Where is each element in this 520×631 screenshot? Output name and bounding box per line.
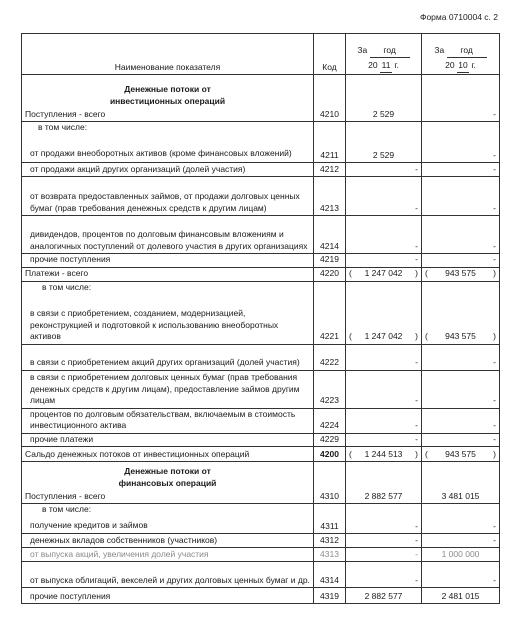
period-century: 20 [445, 60, 454, 70]
period-prefix: За [434, 45, 444, 55]
value-2010: - [422, 122, 500, 163]
row-name: в том числе: от продажи внеоборотных акт… [22, 122, 314, 163]
row-code: 4224 [314, 408, 346, 433]
row-name: Платежи - всего [22, 267, 314, 281]
value-2011: 2 882 577 [346, 462, 422, 504]
period-year: 11 [380, 58, 392, 73]
value-2010: - [422, 163, 500, 177]
period-century: 20 [368, 60, 377, 70]
table-row: в связи с приобретением акций других орг… [22, 344, 500, 370]
row-name: Денежные потоки отинвестиционных операци… [22, 75, 314, 122]
value-2010: - [422, 562, 500, 588]
table-row: от продажи акций других организаций (дол… [22, 163, 500, 177]
row-code: 4214 [314, 216, 346, 254]
row-code: 4211 [314, 122, 346, 163]
value-2010: (943 575) [422, 447, 500, 462]
value-2011: - [346, 548, 422, 562]
row-code: 4221 [314, 281, 346, 344]
value-2010: - [422, 534, 500, 548]
row-code: 4319 [314, 588, 346, 604]
value-2010: 3 481 015 [422, 462, 500, 504]
row-label: от продажи внеоборотных активов (кроме ф… [30, 148, 310, 160]
row-code: 4223 [314, 370, 346, 408]
period-word: год [447, 43, 487, 58]
period-suffix: г. [471, 60, 475, 70]
row-name: денежных вкладов собственников (участник… [22, 534, 314, 548]
value-2011: (1 247 042) [346, 281, 422, 344]
value-2011: - [346, 562, 422, 588]
row-code: 4219 [314, 254, 346, 268]
table-row: в том числе: в связи с приобретением, со… [22, 281, 500, 344]
row-label: Поступления - всего [25, 491, 105, 501]
value-2010: - [422, 75, 500, 122]
value-2011: - [346, 216, 422, 254]
table-header-row: Наименование показателя Код За год 20 11… [22, 34, 500, 75]
row-name: в том числе: получение кредитов и займов [22, 504, 314, 534]
row-code: 4210 [314, 75, 346, 122]
value-2011: - [346, 504, 422, 534]
value-2010: - [422, 254, 500, 268]
row-code: 4312 [314, 534, 346, 548]
table-row: от выпуска акций, увеличения долей участ… [22, 548, 500, 562]
row-code: 4229 [314, 433, 346, 447]
form-number-label: Форма 0710004 с. 2 [420, 12, 498, 22]
value-2010: - [422, 216, 500, 254]
section-title-financing: Денежные потоки отфинансовых операций [25, 465, 310, 489]
row-code: 4310 [314, 462, 346, 504]
row-name: дивидендов, процентов по долговым финанс… [22, 216, 314, 254]
row-code: 4313 [314, 548, 346, 562]
in-that-number-label: в том числе: [30, 504, 310, 516]
table-row: Денежные потоки отинвестиционных операци… [22, 75, 500, 122]
row-name: в связи с приобретением акций других орг… [22, 344, 314, 370]
table-row: Денежные потоки отфинансовых операций По… [22, 462, 500, 504]
row-code: 4212 [314, 163, 346, 177]
row-code: 4311 [314, 504, 346, 534]
table-row: в связи с приобретением долговых ценных … [22, 370, 500, 408]
table-row: Платежи - всего 4220 (1 247 042) (943 57… [22, 267, 500, 281]
row-code: 4220 [314, 267, 346, 281]
row-label: в связи с приобретением, созданием, моде… [30, 308, 310, 343]
row-name: Сальдо денежных потоков от инвестиционны… [22, 447, 314, 462]
row-name: от продажи акций других организаций (дол… [22, 163, 314, 177]
value-2010: - [422, 370, 500, 408]
value-2011: - [346, 433, 422, 447]
in-that-number-label: в том числе: [30, 122, 310, 134]
value-2011: 2 529 [346, 122, 422, 163]
table-row: дивидендов, процентов по долговым финанс… [22, 216, 500, 254]
value-2011: - [346, 534, 422, 548]
table-row: прочие поступления 4319 2 882 577 2 481 … [22, 588, 500, 604]
value-2010: - [422, 344, 500, 370]
value-2011: - [346, 177, 422, 216]
cash-flow-table: Наименование показателя Код За год 20 11… [21, 33, 500, 604]
row-name: прочие поступления [22, 254, 314, 268]
row-code: 4213 [314, 177, 346, 216]
table-row: от выпуска облигаций, векселей и других … [22, 562, 500, 588]
row-name: процентов по долговым обязательствам, вк… [22, 408, 314, 433]
column-header-code: Код [314, 34, 346, 75]
row-name: Денежные потоки отфинансовых операций По… [22, 462, 314, 504]
value-2011: - [346, 163, 422, 177]
column-header-period-2011: За год 20 11 г. [346, 34, 422, 75]
value-2011: - [346, 370, 422, 408]
row-name: от выпуска акций, увеличения долей участ… [22, 548, 314, 562]
period-suffix: г. [394, 60, 398, 70]
row-name: в связи с приобретением долговых ценных … [22, 370, 314, 408]
row-code: 4200 [314, 447, 346, 462]
section-title-investing: Денежные потоки отинвестиционных операци… [25, 83, 310, 107]
column-header-period-2010: За год 20 10 г. [422, 34, 500, 75]
value-2010: - [422, 504, 500, 534]
value-2010: - [422, 408, 500, 433]
value-2011: 2 882 577 [346, 588, 422, 604]
row-label: получение кредитов и займов [30, 520, 310, 532]
row-label: Поступления - всего [25, 109, 105, 119]
table-row: в том числе: получение кредитов и займов… [22, 504, 500, 534]
table-row: Сальдо денежных потоков от инвестиционны… [22, 447, 500, 462]
in-that-number-label: в том числе: [30, 282, 310, 294]
table-row: прочие платежи 4229 - - [22, 433, 500, 447]
row-name: прочие платежи [22, 433, 314, 447]
table-row: денежных вкладов собственников (участник… [22, 534, 500, 548]
value-2011: - [346, 408, 422, 433]
value-2010: - [422, 433, 500, 447]
row-name: от выпуска облигаций, векселей и других … [22, 562, 314, 588]
value-2010: 1 000 000 [422, 548, 500, 562]
value-2010: 2 481 015 [422, 588, 500, 604]
period-year: 10 [457, 58, 469, 73]
value-2011: (1 244 513) [346, 447, 422, 462]
row-code: 4314 [314, 562, 346, 588]
value-2011: - [346, 254, 422, 268]
row-name: в том числе: в связи с приобретением, со… [22, 281, 314, 344]
value-2010: (943 575) [422, 267, 500, 281]
value-2011: 2 529 [346, 75, 422, 122]
table-row: прочие поступления 4219 - - [22, 254, 500, 268]
table-row: в том числе: от продажи внеоборотных акт… [22, 122, 500, 163]
period-prefix: За [357, 45, 367, 55]
column-header-name: Наименование показателя [22, 34, 314, 75]
value-2010: (943 575) [422, 281, 500, 344]
row-code: 4222 [314, 344, 346, 370]
row-name: прочие поступления [22, 588, 314, 604]
period-word: год [370, 43, 410, 58]
value-2011: (1 247 042) [346, 267, 422, 281]
value-2010: - [422, 177, 500, 216]
table-row: от возврата предоставленных займов, от п… [22, 177, 500, 216]
table-row: процентов по долговым обязательствам, вк… [22, 408, 500, 433]
row-name: от возврата предоставленных займов, от п… [22, 177, 314, 216]
value-2011: - [346, 344, 422, 370]
